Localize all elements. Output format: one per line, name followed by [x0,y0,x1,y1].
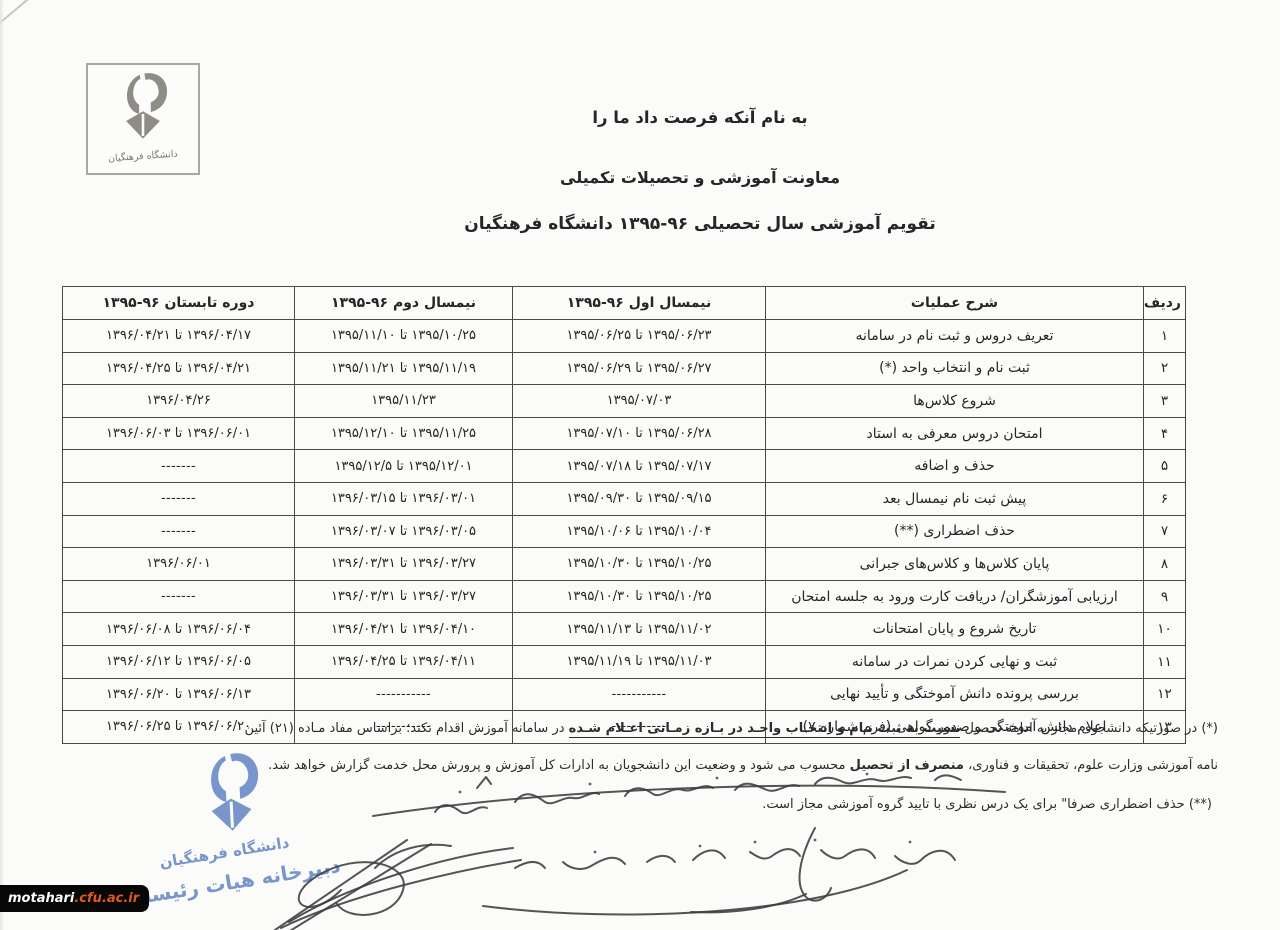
second-semester-dates: ۱۳۹۵/۱۱/۲۳ [295,385,513,418]
second-semester-dates: ۱۳۹۵/۱۲/۰۱ تا ۱۳۹۵/۱۲/۵ [295,450,513,483]
summer-term-dates: ۱۳۹۶/۰۴/۱۷ تا ۱۳۹۶/۰۴/۲۱ [63,320,295,353]
table-row: ۲ ثبت نام و انتخاب واحد (*) ۱۳۹۵/۰۶/۲۷ ت… [63,352,1186,385]
table-row: ۱۰ تاریخ شروع و پایان امتحانات ۱۳۹۵/۱۱/۰… [63,613,1186,646]
table-header-row: ردیف شرح عملیات نیمسال اول ۹۶-۱۳۹۵ نیمسا… [63,287,1186,320]
row-number: ۷ [1144,515,1186,548]
bismillah-line: به نام آنکه فرصت داد ما را [120,108,1280,127]
first-semester-dates: ۱۳۹۵/۱۱/۰۲ تا ۱۳۹۵/۱۱/۱۳ [513,613,766,646]
summer-term-dates: ------- [63,450,295,483]
scan-corner-mark [0,0,35,28]
second-semester-dates: ۱۳۹۶/۰۳/۲۷ تا ۱۳۹۶/۰۳/۳۱ [295,580,513,613]
second-semester-dates: ۱۳۹۵/۱۱/۱۹ تا ۱۳۹۵/۱۱/۲۱ [295,352,513,385]
handwritten-signatures [255,772,1035,930]
row-number: ۱۲ [1144,678,1186,711]
watermark-suffix: .cfu.ac.ir [74,891,139,906]
second-semester-dates: ۱۳۹۶/۰۳/۲۷ تا ۱۳۹۶/۰۳/۳۱ [295,548,513,581]
operation-description: امتحان دروس معرفی به استاد [766,417,1144,450]
column-header-row-number: ردیف [1144,287,1186,320]
table-row: ۹ ارزیابی آموزشگران/ دریافت کارت ورود به… [63,580,1186,613]
first-semester-dates: ۱۳۹۵/۰۷/۰۳ [513,385,766,418]
table-row: ۷ حذف اضطراری (**) ۱۳۹۵/۱۰/۰۴ تا ۱۳۹۵/۱۰… [63,515,1186,548]
footnote1-suffix: در سامانه آموزش اقدام نکند؛ براساس مفاد … [245,721,569,736]
second-semester-dates: ۱۳۹۶/۰۴/۱۰ تا ۱۳۹۶/۰۴/۲۱ [295,613,513,646]
operation-description: حذف اضطراری (**) [766,515,1144,548]
table-row: ۱۲ بررسی پرونده دانش آموختگی و تأیید نها… [63,678,1186,711]
first-semester-dates: ۱۳۹۵/۱۰/۲۵ تا ۱۳۹۵/۱۰/۳۰ [513,548,766,581]
handwritten-checkmark [477,777,491,788]
site-watermark: motahari.cfu.ac.ir [0,885,149,912]
operation-description: ثبت نام و انتخاب واحد (*) [766,352,1144,385]
second-semester-dates: ۱۳۹۶/۰۴/۱۱ تا ۱۳۹۶/۰۴/۲۵ [295,645,513,678]
footnote2-emphasis: منصرف از تحصیل [850,758,964,773]
row-number: ۸ [1144,548,1186,581]
summer-term-dates: ۱۳۹۶/۰۶/۰۴ تا ۱۳۹۶/۰۶/۰۸ [63,613,295,646]
operation-description: ارزیابی آموزشگران/ دریافت کارت ورود به ج… [766,580,1144,613]
row-number: ۳ [1144,385,1186,418]
calendar-table-body: ۱ تعریف دروس و ثبت نام در سامانه ۱۳۹۵/۰۶… [63,320,1186,744]
operation-description: بررسی پرونده دانش آموختگی و تأیید نهایی [766,678,1144,711]
summer-term-dates: ۱۳۹۶/۰۶/۰۱ تا ۱۳۹۶/۰۶/۰۳ [63,417,295,450]
summer-term-dates: ------- [63,580,295,613]
first-semester-dates: ۱۳۹۵/۰۹/۱۵ تا ۱۳۹۵/۰۹/۳۰ [513,482,766,515]
second-semester-dates: ۱۳۹۶/۰۳/۰۱ تا ۱۳۹۶/۰۳/۱۵ [295,482,513,515]
first-semester-dates: ۱۳۹۵/۱۱/۰۳ تا ۱۳۹۵/۱۱/۱۹ [513,645,766,678]
first-semester-dates: ۱۳۹۵/۰۷/۱۷ تا ۱۳۹۵/۰۷/۱۸ [513,450,766,483]
footnote-registration-warning: (*) در صورتیکه دانشجوی مجاز به ادامه تحص… [245,721,1218,736]
second-semester-dates: ۱۳۹۵/۱۰/۲۵ تا ۱۳۹۵/۱۱/۱۰ [295,320,513,353]
table-row: ۵ حذف و اضافه ۱۳۹۵/۰۷/۱۷ تا ۱۳۹۵/۰۷/۱۸ ۱… [63,450,1186,483]
summer-term-dates: ۱۳۹۶/۰۶/۰۵ تا ۱۳۹۶/۰۶/۱۲ [63,645,295,678]
department-line: معاونت آموزشی و تحصیلات تکمیلی [120,168,1280,187]
first-semester-dates: ۱۳۹۵/۱۰/۲۵ تا ۱۳۹۵/۱۰/۳۰ [513,580,766,613]
column-header-second-semester: نیمسال دوم ۹۶-۱۳۹۵ [295,287,513,320]
column-header-operation: شرح عملیات [766,287,1144,320]
summer-term-dates: ------- [63,515,295,548]
watermark-prefix: motahari [8,891,74,906]
row-number: ۲ [1144,352,1186,385]
footnote1-emphasis: نسبت به ثبت نـام و انتخـاب واحـد در بـاز… [569,721,961,738]
column-header-first-semester: نیمسال اول ۹۶-۱۳۹۵ [513,287,766,320]
operation-description: تاریخ شروع و پایان امتحانات [766,613,1144,646]
table-row: ۸ پایان کلاس‌ها و کلاس‌های جبرانی ۱۳۹۵/۱… [63,548,1186,581]
first-semester-dates: ۱۳۹۵/۱۰/۰۴ تا ۱۳۹۵/۱۰/۰۶ [513,515,766,548]
footnote2-prefix: نامه آموزشی وزارت علوم، تحقیقات و فناوری… [964,758,1218,773]
table-row: ۱۱ ثبت و نهایی کردن نمرات در سامانه ۱۳۹۵… [63,645,1186,678]
second-semester-dates: ----------- [295,678,513,711]
row-number: ۱ [1144,320,1186,353]
table-row: ۳ شروع کلاس‌ها ۱۳۹۵/۰۷/۰۳ ۱۳۹۵/۱۱/۲۳ ۱۳۹… [63,385,1186,418]
operation-description: ثبت و نهایی کردن نمرات در سامانه [766,645,1144,678]
summer-term-dates: ------- [63,482,295,515]
summer-term-dates: ۱۳۹۶/۰۴/۲۱ تا ۱۳۹۶/۰۴/۲۵ [63,352,295,385]
scanned-document-page: { "header": { "bismillah": "به نام آنکه … [0,0,1280,930]
column-header-summer-term: دوره تابستان ۹۶-۱۳۹۵ [63,287,295,320]
second-semester-dates: ۱۳۹۵/۱۱/۲۵ تا ۱۳۹۵/۱۲/۱۰ [295,417,513,450]
logo-caption: دانشگاه فرهنگیان [108,149,178,165]
row-number: ۵ [1144,450,1186,483]
table-row: ۱ تعریف دروس و ثبت نام در سامانه ۱۳۹۵/۰۶… [63,320,1186,353]
row-number: ۱۱ [1144,645,1186,678]
row-number: ۶ [1144,482,1186,515]
document-title: تقویم آموزشی سال تحصیلی ۹۶-۱۳۹۵ دانشگاه … [120,214,1280,234]
footnote1-prefix: (*) در صورتیکه دانشجوی مجاز به ادامه تحص… [960,721,1218,736]
summer-term-dates: ۱۳۹۶/۰۴/۲۶ [63,385,295,418]
operation-description: پیش ثبت نام نیمسال بعد [766,482,1144,515]
summer-term-dates: ۱۳۹۶/۰۶/۰۱ [63,548,295,581]
scan-page-edge [0,0,4,930]
first-semester-dates: ۱۳۹۵/۰۶/۲۳ تا ۱۳۹۵/۰۶/۲۵ [513,320,766,353]
row-number: ۴ [1144,417,1186,450]
operation-description: تعریف دروس و ثبت نام در سامانه [766,320,1144,353]
table-row: ۴ امتحان دروس معرفی به استاد ۱۳۹۵/۰۶/۲۸ … [63,417,1186,450]
first-semester-dates: ۱۳۹۵/۰۶/۲۷ تا ۱۳۹۵/۰۶/۲۹ [513,352,766,385]
footnote-registration-warning-continued: نامه آموزشی وزارت علوم، تحقیقات و فناوری… [268,758,1218,773]
table-row: ۶ پیش ثبت نام نیمسال بعد ۱۳۹۵/۰۹/۱۵ تا ۱… [63,482,1186,515]
signature-sweep [483,870,907,914]
row-number: ۹ [1144,580,1186,613]
second-semester-dates: ۱۳۹۶/۰۳/۰۵ تا ۱۳۹۶/۰۳/۰۷ [295,515,513,548]
first-semester-dates: ----------- [513,678,766,711]
row-number: ۱۰ [1144,613,1186,646]
academic-calendar-table: ردیف شرح عملیات نیمسال اول ۹۶-۱۳۹۵ نیمسا… [62,286,1186,744]
operation-description: حذف و اضافه [766,450,1144,483]
operation-description: پایان کلاس‌ها و کلاس‌های جبرانی [766,548,1144,581]
first-semester-dates: ۱۳۹۵/۰۶/۲۸ تا ۱۳۹۵/۰۷/۱۰ [513,417,766,450]
summer-term-dates: ۱۳۹۶/۰۶/۱۳ تا ۱۳۹۶/۰۶/۲۰ [63,678,295,711]
operation-description: شروع کلاس‌ها [766,385,1144,418]
